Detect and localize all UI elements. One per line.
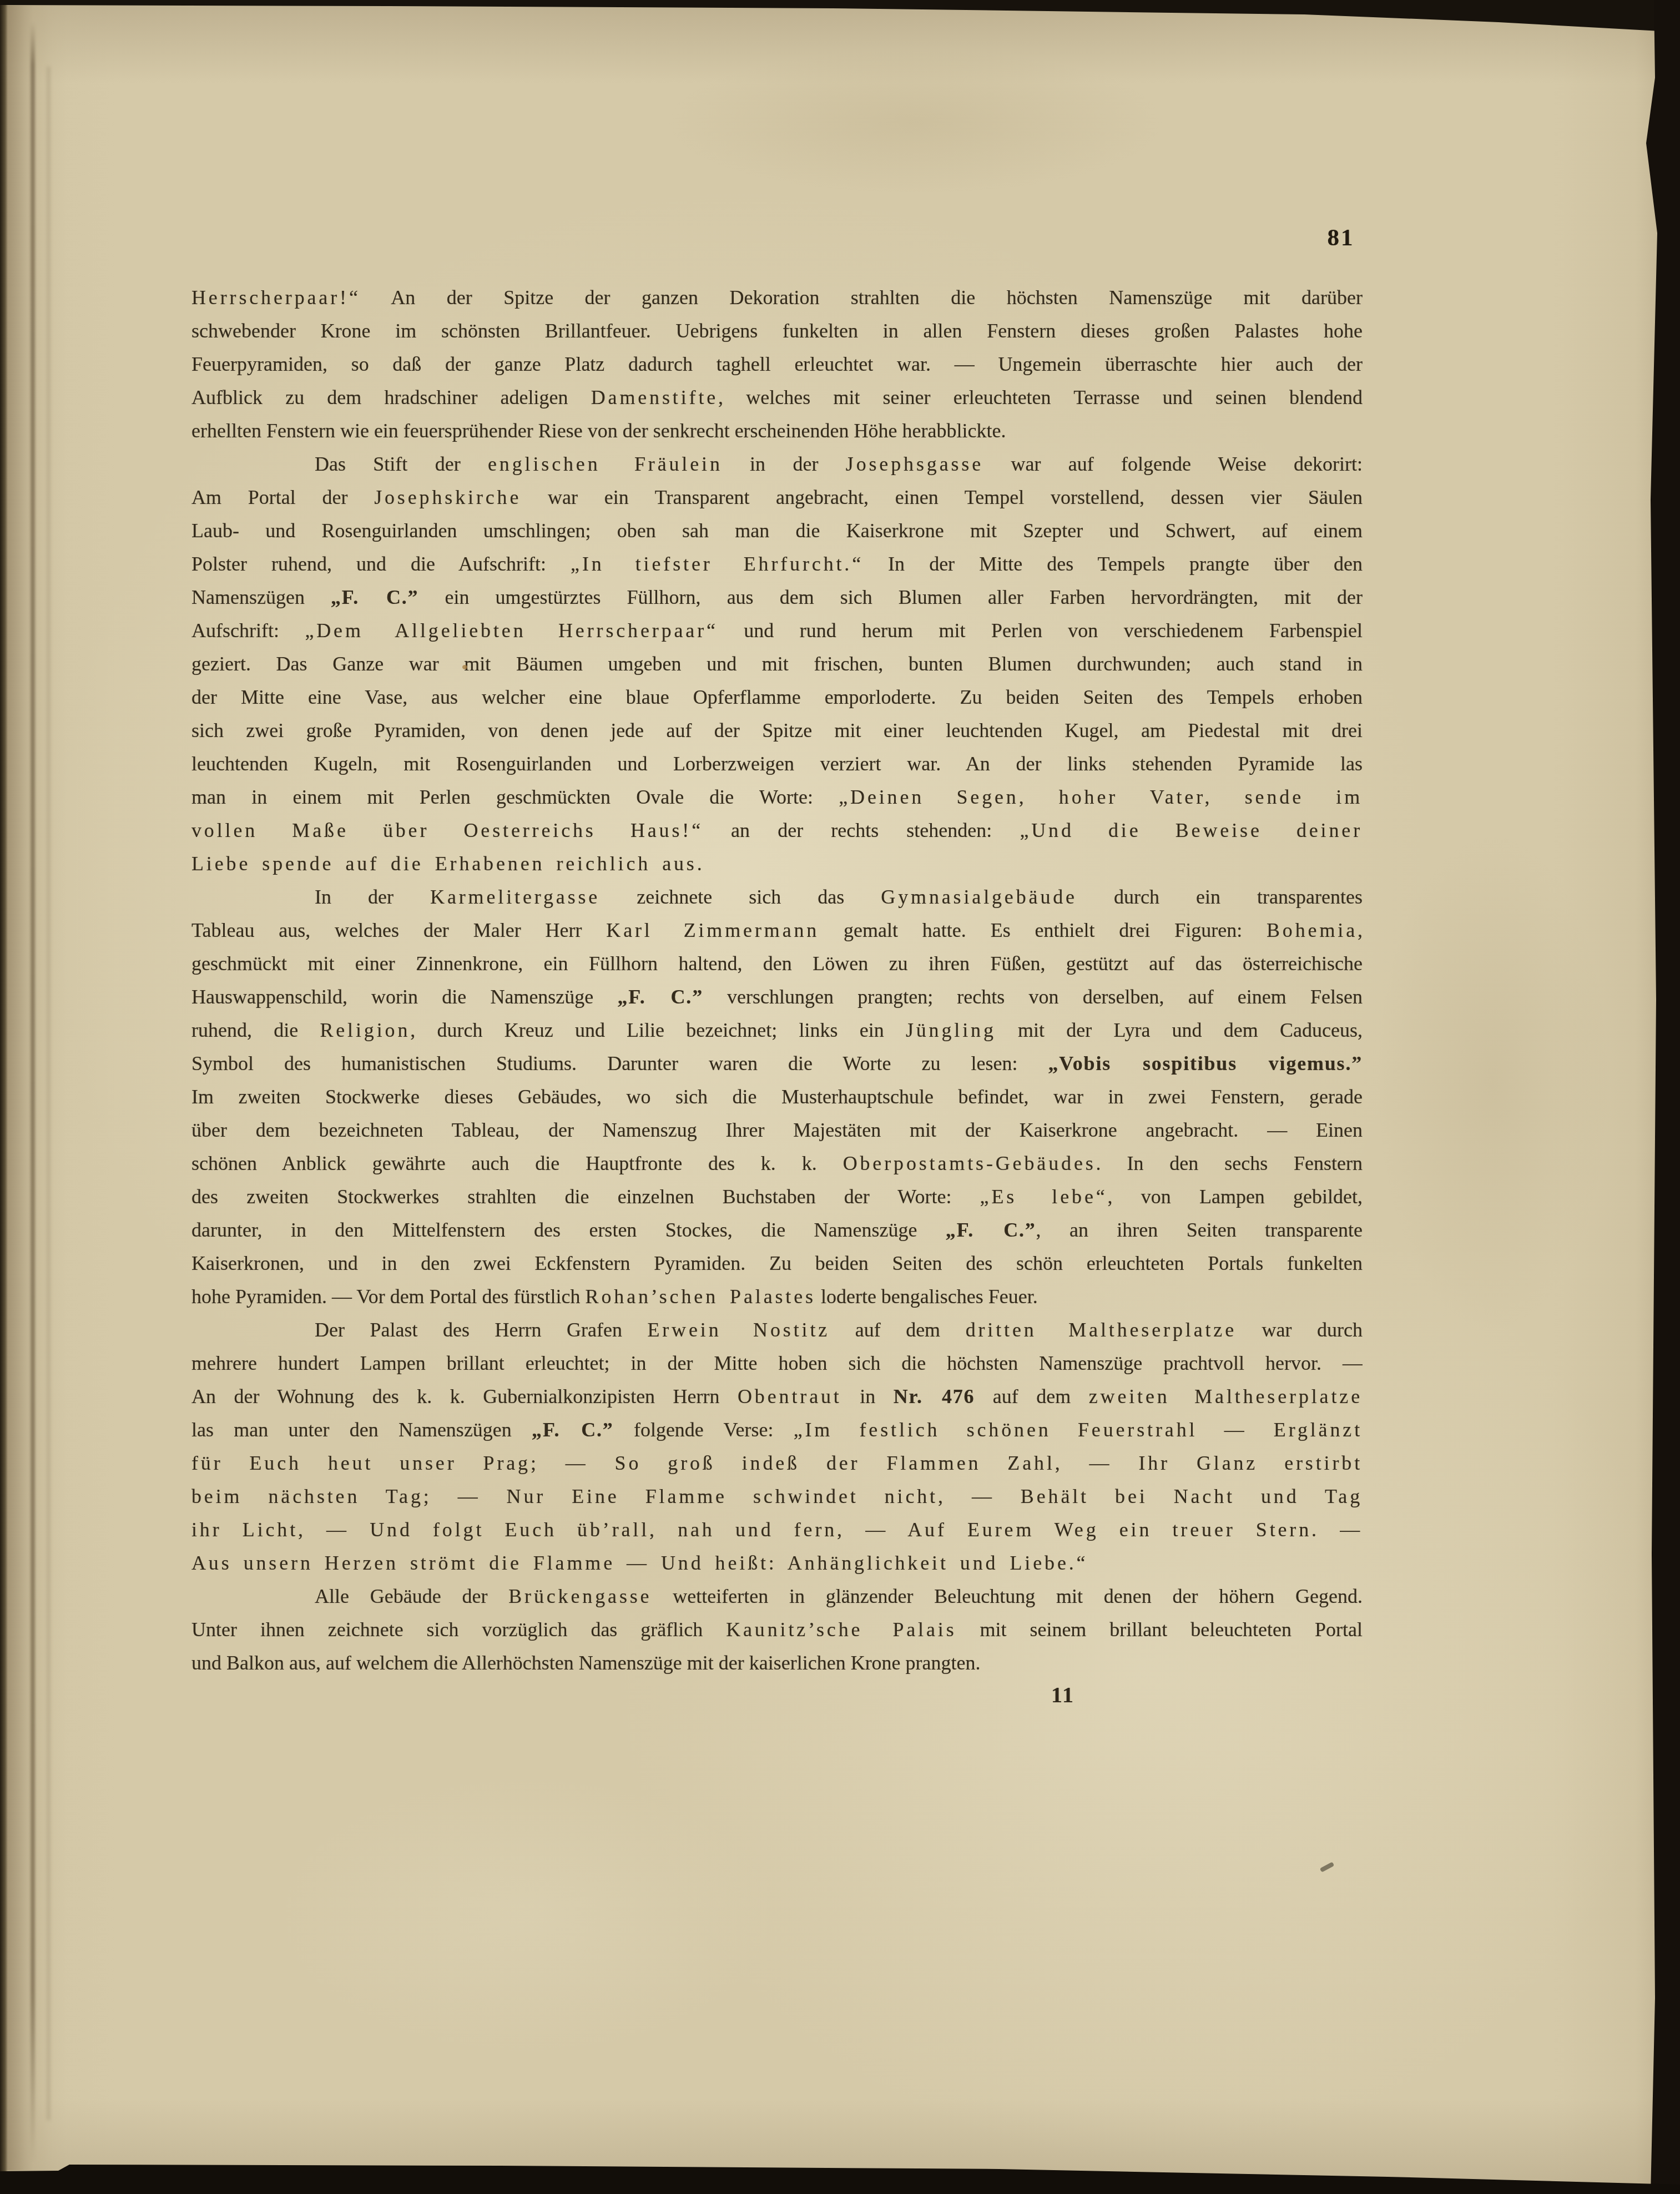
letterspaced-segment: „In tiefster Ehrfurcht.“ — [571, 553, 864, 575]
text-segment: Im zweiten Stockwerke dieses Gebäudes, w… — [191, 1086, 1363, 1108]
text-segment: geziert. Das Ganze war mit Bäumen umgebe… — [191, 653, 1363, 675]
text-line: Polster ruhend, und die Aufschrift: „In … — [191, 547, 1363, 581]
text-segment: war durch — [1237, 1319, 1363, 1341]
antiqua-segment: Nr. 476 — [894, 1385, 975, 1408]
letterspaced-segment: Damenstifte — [591, 386, 718, 408]
text-segment: , von Lampen gebildet, — [1108, 1186, 1363, 1208]
text-segment: durch ein transparentes — [1077, 886, 1363, 908]
text-segment: über dem bezeichneten Tableau, der Namen… — [191, 1119, 1363, 1141]
text-segment: der Mitte eine Vase, aus welcher eine bl… — [191, 686, 1363, 708]
letterspaced-segment: zweiten Maltheserplatze — [1089, 1385, 1363, 1408]
text-segment: Feuerpyramiden, so daß der ganze Platz d… — [191, 353, 1363, 375]
text-line: Herrscherpaar!“ An der Spitze der ganzen… — [191, 281, 1363, 314]
text-segment: und Balkon aus, auf welchem die Allerhöc… — [191, 1652, 981, 1674]
pen-mark — [1320, 1862, 1335, 1872]
text-segment: zeichnete sich das — [600, 886, 881, 908]
antiqua-segment: „F. C.” — [532, 1419, 614, 1441]
antiqua-segment: „F. C.” — [331, 586, 418, 608]
scan-edge-left — [0, 4, 8, 2192]
letterspaced-segment: Aus unsern Herzen strömt die Flamme — Un… — [191, 1552, 1088, 1574]
text-line: Tableau aus, welches der Maler Herr Karl… — [191, 914, 1363, 947]
text-segment: schwebender Krone im schönsten Brillantf… — [191, 320, 1363, 342]
text-line: An der Wohnung des k. k. Gubernialkonzip… — [191, 1380, 1363, 1413]
text-segment: mit der Lyra und dem Caduceus, — [996, 1019, 1363, 1041]
gutter-fold-line — [47, 67, 50, 2120]
text-segment: , — [1358, 919, 1363, 941]
text-segment: sich zwei große Pyramiden, von denen jed… — [191, 719, 1363, 742]
text-segment: auf dem — [975, 1385, 1088, 1408]
text-line: mehrere hundert Lampen brillant erleucht… — [191, 1346, 1363, 1380]
letterspaced-segment: für Euch heut unser Prag; — So groß inde… — [191, 1452, 1363, 1474]
text-line: Liebe spende auf die Erhabenen reichlich… — [191, 847, 1363, 880]
letterspaced-segment: „Deinen Segen, hoher Vater, sende im — [839, 786, 1363, 808]
letterspaced-segment: Josephsgasse — [846, 453, 983, 475]
text-segment: wetteiferten in glänzender Beleuchtung m… — [652, 1585, 1363, 1607]
text-line: über dem bezeichneten Tableau, der Namen… — [191, 1113, 1363, 1147]
letterspaced-segment: Jüngling — [906, 1019, 996, 1041]
letterspaced-segment: Erwein Nostitz — [647, 1319, 830, 1341]
text-line: las man unter den Namenszügen „F. C.” fo… — [191, 1413, 1363, 1446]
text-line: für Euch heut unser Prag; — So groß inde… — [191, 1446, 1363, 1480]
text-line: Laub- und Rosenguirlanden umschlingen; o… — [191, 514, 1363, 547]
text-line: Symbol des humanistischen Studiums. Daru… — [191, 1047, 1363, 1080]
text-line: hohe Pyramiden. — Vor dem Portal des für… — [191, 1280, 1363, 1313]
text-segment: . In den sechs Fenstern — [1096, 1152, 1363, 1174]
text-line: geschmückt mit einer Zinnenkrone, ein Fü… — [191, 947, 1363, 980]
text-segment: erhellten Fenstern wie ein feuersprühend… — [191, 420, 1006, 442]
letterspaced-segment: Kaunitz’sche Palais — [726, 1618, 956, 1641]
text-line: erhellten Fenstern wie ein feuersprühend… — [191, 414, 1363, 447]
letterspaced-segment: vollen Maße über Oesterreichs Haus!“ — [191, 819, 703, 841]
text-segment: Namenszügen — [191, 586, 331, 608]
letterspaced-segment: Oberpostamts-Gebäudes — [843, 1152, 1096, 1174]
text-line: man in einem mit Perlen geschmückten Ova… — [191, 780, 1363, 814]
text-segment: Symbol des humanistischen Studiums. Daru… — [191, 1052, 1048, 1075]
text-segment: An der Spitze der ganzen Dekoration stra… — [361, 286, 1363, 309]
letterspaced-segment: Bohemia — [1267, 919, 1358, 941]
paper-stain — [666, 50, 1166, 194]
text-segment: schönen Anblick gewährte auch die Hauptf… — [191, 1152, 843, 1174]
antiqua-segment: „F. C.” — [946, 1219, 1036, 1241]
text-line: ruhend, die Religion, durch Kreuz und Li… — [191, 1013, 1363, 1047]
text-segment: war ein Transparent angebracht, einen Te… — [521, 486, 1363, 508]
scan-edge-right — [1643, 0, 1680, 2194]
text-line: ihr Licht, — Und folgt Euch üb’rall, nah… — [191, 1513, 1363, 1546]
gutter-fold-line — [31, 22, 35, 2162]
text-line: Der Palast des Herrn Grafen Erwein Nosti… — [191, 1313, 1363, 1346]
text-segment: war auf folgende Weise dekorirt: — [983, 453, 1363, 475]
text-segment: Tableau aus, welches der Maler Herr — [191, 919, 606, 941]
text-segment: Das Stift der — [315, 453, 488, 475]
text-segment: ein umgestürztes Füllhorn, aus dem sich … — [418, 586, 1363, 608]
text-line: Das Stift der englischen Fräulein in der… — [191, 447, 1363, 481]
text-segment: In der — [315, 886, 430, 908]
text-line: Alle Gebäude der Brückengasse wetteifert… — [191, 1580, 1363, 1613]
text-segment: , durch Kreuz und Lilie bezeichnet; link… — [410, 1019, 906, 1041]
letterspaced-segment: Rohan’schen Palastes — [586, 1285, 816, 1308]
scan-edge-top — [0, 0, 1680, 32]
text-line: Namenszügen „F. C.” ein umgestürztes Fül… — [191, 581, 1363, 614]
book-page-scan: 81 Herrscherpaar!“ An der Spitze der gan… — [0, 0, 1680, 2194]
letterspaced-segment: Josephskirche — [374, 486, 521, 508]
letterspaced-segment: „Im festlich schönen Feuerstrahl — Erglä… — [794, 1419, 1363, 1441]
letterspaced-segment: Karmelitergasse — [430, 886, 600, 908]
text-segment: Kaiserkronen, und in den zwei Eckfenster… — [191, 1252, 1363, 1274]
text-line: beim nächsten Tag; — Nur Eine Flamme sch… — [191, 1480, 1363, 1513]
paper-stain — [1376, 833, 1610, 1332]
text-segment: Aufschrift: — [191, 619, 305, 642]
text-segment: und rund herum mit Perlen von verschiede… — [718, 619, 1363, 642]
text-line: vollen Maße über Oesterreichs Haus!“ an … — [191, 814, 1363, 847]
text-segment: leuchtenden Kugeln, mit Rosenguirlanden … — [191, 753, 1363, 775]
text-segment: in — [842, 1385, 894, 1408]
text-line: leuchtenden Kugeln, mit Rosenguirlanden … — [191, 747, 1363, 780]
text-segment: des zweiten Stockwerkes strahlten die ei… — [191, 1186, 980, 1208]
text-segment: an der rechts stehenden: — [703, 819, 1020, 841]
text-segment: An der Wohnung des k. k. Gubernialkonzip… — [191, 1385, 738, 1408]
text-segment: Unter ihnen zeichnete sich vorzüglich da… — [191, 1618, 726, 1641]
letterspaced-segment: Obentraut — [738, 1385, 842, 1408]
text-segment: loderte bengalisches Feuer. — [816, 1285, 1038, 1308]
text-segment: geschmückt mit einer Zinnenkrone, ein Fü… — [191, 952, 1363, 975]
text-segment: Polster ruhend, und die Aufschrift: — [191, 553, 571, 575]
text-line: sich zwei große Pyramiden, von denen jed… — [191, 714, 1363, 747]
letterspaced-segment: „Es lebe“ — [980, 1186, 1108, 1208]
text-line: der Mitte eine Vase, aus welcher eine bl… — [191, 680, 1363, 714]
letterspaced-segment: Liebe spende auf die Erhabenen reichlich… — [191, 853, 705, 875]
text-segment: ruhend, die — [191, 1019, 320, 1041]
letterspaced-segment: Herrscherpaar!“ — [191, 286, 361, 309]
page-number: 81 — [1320, 224, 1362, 251]
text-segment: mehrere hundert Lampen brillant erleucht… — [191, 1352, 1363, 1374]
text-segment: gemalt hatte. Es enthielt drei Figuren: — [819, 919, 1267, 941]
scan-edge-bottom — [0, 2162, 1680, 2194]
letterspaced-segment: dritten Maltheserplatze — [966, 1319, 1237, 1341]
text-segment: , welches mit seiner erleuchteten Terras… — [718, 386, 1363, 408]
text-segment: Aufblick zu dem hradschiner adeligen — [191, 386, 591, 408]
text-segment: darunter, in den Mittelfenstern des erst… — [191, 1219, 946, 1241]
text-segment: hohe Pyramiden. — Vor dem Portal des für… — [191, 1285, 586, 1308]
text-line: Am Portal der Josephskirche war ein Tran… — [191, 481, 1363, 514]
text-line: Feuerpyramiden, so daß der ganze Platz d… — [191, 347, 1363, 381]
text-line: darunter, in den Mittelfenstern des erst… — [191, 1213, 1363, 1247]
text-line: des zweiten Stockwerkes strahlten die ei… — [191, 1180, 1363, 1213]
letterspaced-segment: Karl Zimmermann — [606, 919, 819, 941]
text-segment: folgende Verse: — [614, 1419, 794, 1441]
text-line: geziert. Das Ganze war mit Bäumen umgebe… — [191, 647, 1363, 680]
text-segment: verschlungen prangten; rechts von dersel… — [703, 986, 1363, 1008]
text-segment: mit seinem brillant beleuchteten Portal — [957, 1618, 1363, 1641]
antiqua-segment: „Vobis sospitibus vigemus.” — [1048, 1052, 1363, 1075]
text-line: und Balkon aus, auf welchem die Allerhöc… — [191, 1646, 1363, 1679]
text-line: schönen Anblick gewährte auch die Hauptf… — [191, 1147, 1363, 1180]
ink-speck — [462, 665, 467, 669]
gutter-shadow — [6, 6, 67, 2170]
signature-mark: 11 — [1024, 1682, 1102, 1708]
text-segment: man in einem mit Perlen geschmückten Ova… — [191, 786, 839, 808]
text-line: Hauswappenschild, worin die Namenszüge „… — [191, 980, 1363, 1013]
text-segment: las man unter den Namenszügen — [191, 1419, 532, 1441]
text-segment: , an ihren Seiten transparente — [1036, 1219, 1363, 1241]
text-line: Aus unsern Herzen strömt die Flamme — Un… — [191, 1546, 1363, 1580]
text-segment: Der Palast des Herrn Grafen — [315, 1319, 647, 1341]
text-line: schwebender Krone im schönsten Brillantf… — [191, 314, 1363, 347]
letterspaced-segment: „Dem Allgeliebten Herrscherpaar“ — [305, 619, 718, 642]
letterspaced-segment: Religion — [320, 1019, 410, 1041]
paper-stain — [278, 1776, 777, 2054]
text-segment: Am Portal der — [191, 486, 374, 508]
text-segment: Alle Gebäude der — [315, 1585, 508, 1607]
text-line: Im zweiten Stockwerke dieses Gebäudes, w… — [191, 1080, 1363, 1113]
letterspaced-segment: „Und die Beweise deiner — [1020, 819, 1363, 841]
text-block: Herrscherpaar!“ An der Spitze der ganzen… — [191, 281, 1363, 1679]
antiqua-segment: „F. C.” — [618, 986, 703, 1008]
text-line: Kaiserkronen, und in den zwei Eckfenster… — [191, 1247, 1363, 1280]
text-line: In der Karmelitergasse zeichnete sich da… — [191, 880, 1363, 914]
text-segment: In der Mitte des Tempels prangte über de… — [864, 553, 1363, 575]
text-segment: Hauswappenschild, worin die Namenszüge — [191, 986, 618, 1008]
letterspaced-segment: Brückengasse — [508, 1585, 652, 1607]
text-segment: in der — [723, 453, 846, 475]
text-line: Aufschrift: „Dem Allgeliebten Herrscherp… — [191, 614, 1363, 647]
letterspaced-segment: Gymnasialgebäude — [881, 886, 1077, 908]
letterspaced-segment: ihr Licht, — Und folgt Euch üb’rall, nah… — [191, 1519, 1363, 1541]
text-segment: auf dem — [830, 1319, 966, 1341]
text-line: Unter ihnen zeichnete sich vorzüglich da… — [191, 1613, 1363, 1646]
text-segment: Laub- und Rosenguirlanden umschlingen; o… — [191, 520, 1363, 542]
letterspaced-segment: beim nächsten Tag; — Nur Eine Flamme sch… — [191, 1485, 1363, 1507]
letterspaced-segment: englischen Fräulein — [488, 453, 723, 475]
text-line: Aufblick zu dem hradschiner adeligen Dam… — [191, 381, 1363, 414]
